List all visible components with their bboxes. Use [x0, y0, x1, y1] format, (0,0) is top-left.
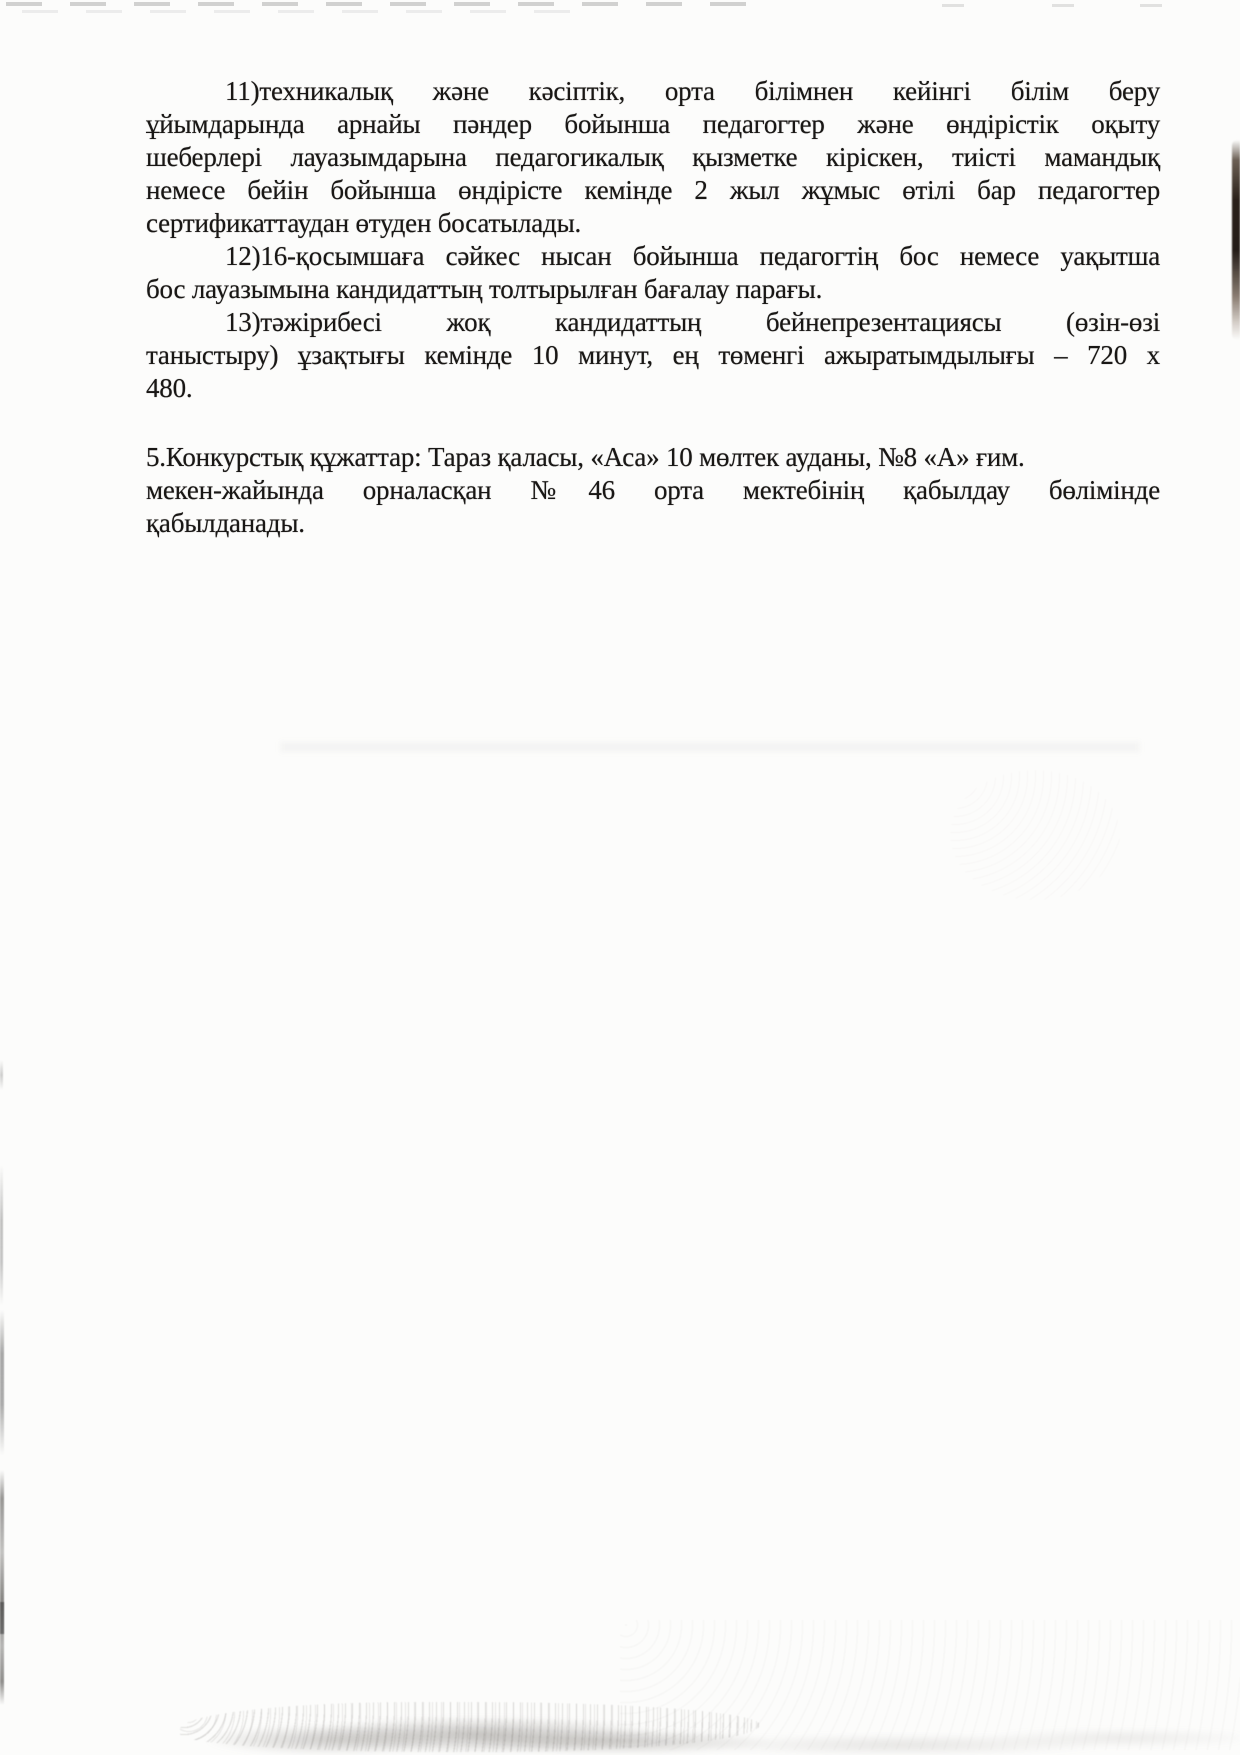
text-line: таныстыру) ұзақтығы кемінде 10 минут, ең…	[146, 339, 1160, 372]
scan-artifact-left-mark	[0, 1602, 4, 1634]
scan-artifact-right-edge-bar	[1232, 140, 1240, 340]
text-line: 5.Конкурстық құжаттар: Тараз қаласы, «Ас…	[146, 441, 1160, 474]
paragraph-section-5: 5.Конкурстық құжаттар: Тараз қаласы, «Ас…	[146, 441, 1160, 540]
text-line: мекен-жайында орналасқан №46 орта мектеб…	[146, 474, 1160, 507]
text-line: немесе бейін бойынша өндірісте кемінде 2…	[146, 174, 1160, 207]
scan-artifact-blotch	[950, 770, 1120, 900]
scan-artifact-top-dash	[1140, 4, 1162, 7]
scanned-document-page: 11)техникалық және кәсіптік, орта білімн…	[0, 0, 1240, 1755]
text-line: ұйымдарында арнайы пәндер бойынша педаго…	[146, 108, 1160, 141]
scan-artifact-bottom-speckle-right	[620, 1620, 1240, 1750]
scan-artifact-left-streak	[0, 1310, 4, 1455]
document-text-block: 11)техникалық және кәсіптік, орта білімн…	[146, 75, 1160, 540]
scan-artifact-left-streak	[0, 1470, 4, 1705]
text-line: 12)16-қосымшаға сәйкес нысан бойынша пед…	[146, 240, 1160, 273]
paragraph-item-13: 13)тәжірибесі жоқ кандидаттың бейнепрезе…	[146, 306, 1160, 405]
scan-artifact-left-streak	[0, 1165, 3, 1305]
paragraph-item-11: 11)техникалық және кәсіптік, орта білімн…	[146, 75, 1160, 240]
text-line: шеберлері лауазымдарына педагогикалық қы…	[146, 141, 1160, 174]
scan-artifact-smudge	[280, 742, 1140, 752]
scan-artifact-top-dash	[1052, 4, 1074, 7]
text-line: бос лауазымына кандидаттың толтырылған б…	[146, 273, 1160, 306]
text-line: қабылданады.	[146, 507, 1160, 540]
text-line: 11)техникалық және кәсіптік, орта білімн…	[146, 75, 1160, 108]
scan-artifact-top-dash	[942, 4, 964, 7]
scan-artifact-top-edge-dashes	[6, 2, 754, 6]
scan-artifact-top-edge-dashes-faint	[22, 10, 582, 13]
text-line: 480.	[146, 372, 1160, 405]
text-line: сертификаттаудан өтуден босатылады.	[146, 207, 1160, 240]
text-line: 13)тәжірибесі жоқ кандидаттың бейнепрезе…	[146, 306, 1160, 339]
scan-artifact-left-streak	[0, 1060, 3, 1090]
paragraph-item-12: 12)16-қосымшаға сәйкес нысан бойынша пед…	[146, 240, 1160, 306]
